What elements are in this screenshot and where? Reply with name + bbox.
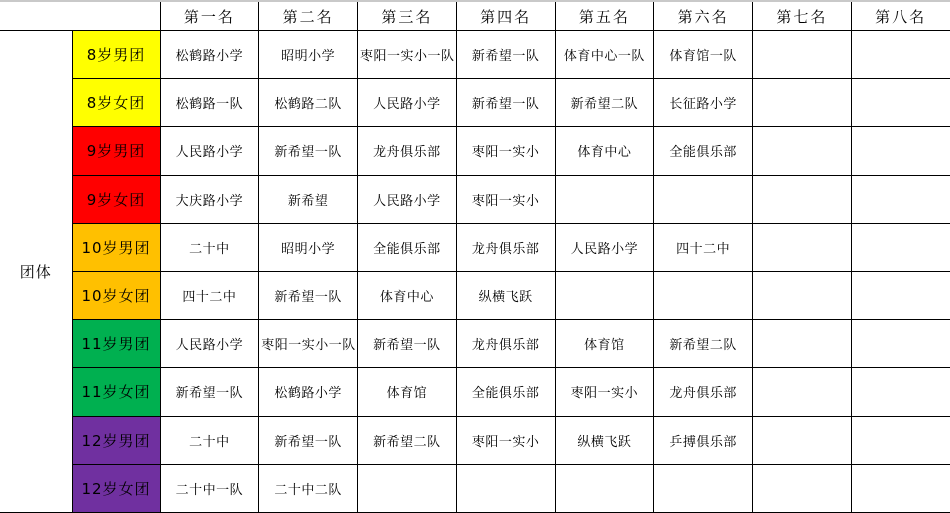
result-cell[interactable]: 昭明小学 xyxy=(259,31,358,79)
result-cell[interactable]: 新希望二队 xyxy=(358,416,457,464)
result-cell[interactable]: 体育馆 xyxy=(358,368,457,416)
result-cell[interactable] xyxy=(753,127,852,175)
result-cell[interactable] xyxy=(851,271,950,319)
result-cell[interactable]: 枣阳一实小 xyxy=(456,175,555,223)
category-cell[interactable]: 10岁女团 xyxy=(72,271,160,319)
results-body: 团体8岁男团松鹤路小学昭明小学枣阳一实小一队新希望一队体育中心一队体育馆一队8岁… xyxy=(0,31,950,513)
result-cell[interactable] xyxy=(753,223,852,271)
category-cell[interactable]: 9岁男团 xyxy=(72,127,160,175)
category-cell[interactable]: 12岁女团 xyxy=(72,464,160,512)
result-cell[interactable] xyxy=(851,368,950,416)
result-cell[interactable] xyxy=(851,31,950,79)
result-cell[interactable]: 体育中心一队 xyxy=(555,31,654,79)
result-cell[interactable] xyxy=(753,368,852,416)
result-cell[interactable]: 体育馆一队 xyxy=(654,31,753,79)
result-cell[interactable]: 全能俱乐部 xyxy=(456,368,555,416)
rank-header-6[interactable]: 第六名 xyxy=(654,2,753,31)
result-cell[interactable]: 人民路小学 xyxy=(358,79,457,127)
category-cell[interactable]: 9岁女团 xyxy=(72,175,160,223)
result-cell[interactable]: 四十二中 xyxy=(160,271,259,319)
rank-header-3[interactable]: 第三名 xyxy=(358,2,457,31)
result-cell[interactable]: 枣阳一实小 xyxy=(456,127,555,175)
result-cell[interactable] xyxy=(851,175,950,223)
rank-header-2[interactable]: 第二名 xyxy=(259,2,358,31)
result-cell[interactable]: 龙舟俱乐部 xyxy=(456,320,555,368)
result-cell[interactable]: 纵横飞跃 xyxy=(555,416,654,464)
result-cell[interactable] xyxy=(555,271,654,319)
result-cell[interactable]: 新希望一队 xyxy=(259,127,358,175)
category-cell[interactable]: 8岁男团 xyxy=(72,31,160,79)
table-row: 11岁男团人民路小学枣阳一实小一队新希望一队龙舟俱乐部体育馆新希望二队 xyxy=(0,320,950,368)
result-cell[interactable]: 二十中 xyxy=(160,223,259,271)
rank-header-4[interactable]: 第四名 xyxy=(456,2,555,31)
result-cell[interactable]: 松鹤路小学 xyxy=(160,31,259,79)
result-cell[interactable]: 枣阳一实小一队 xyxy=(259,320,358,368)
result-cell[interactable]: 人民路小学 xyxy=(358,175,457,223)
result-cell[interactable]: 新希望一队 xyxy=(456,79,555,127)
result-cell[interactable]: 龙舟俱乐部 xyxy=(456,223,555,271)
result-cell[interactable]: 松鹤路小学 xyxy=(259,368,358,416)
result-cell[interactable] xyxy=(654,464,753,512)
result-cell[interactable] xyxy=(753,31,852,79)
result-cell[interactable]: 松鹤路二队 xyxy=(259,79,358,127)
result-cell[interactable]: 人民路小学 xyxy=(160,320,259,368)
result-cell[interactable]: 新希望二队 xyxy=(555,79,654,127)
table-row: 团体8岁男团松鹤路小学昭明小学枣阳一实小一队新希望一队体育中心一队体育馆一队 xyxy=(0,31,950,79)
result-cell[interactable]: 新希望一队 xyxy=(358,320,457,368)
result-cell[interactable] xyxy=(851,127,950,175)
category-cell[interactable]: 11岁女团 xyxy=(72,368,160,416)
category-cell[interactable]: 12岁男团 xyxy=(72,416,160,464)
result-cell[interactable]: 昭明小学 xyxy=(259,223,358,271)
result-cell[interactable] xyxy=(753,464,852,512)
result-cell[interactable]: 枣阳一实小 xyxy=(456,416,555,464)
table-row: 9岁男团人民路小学新希望一队龙舟俱乐部枣阳一实小体育中心全能俱乐部 xyxy=(0,127,950,175)
result-cell[interactable] xyxy=(654,271,753,319)
result-cell[interactable] xyxy=(753,416,852,464)
result-cell[interactable]: 全能俱乐部 xyxy=(358,223,457,271)
header-row: 第一名第二名第三名第四名第五名第六名第七名第八名 xyxy=(0,2,950,31)
result-cell[interactable]: 大庆路小学 xyxy=(160,175,259,223)
result-cell[interactable]: 体育馆 xyxy=(555,320,654,368)
result-cell[interactable]: 四十二中 xyxy=(654,223,753,271)
table-row: 10岁男团二十中昭明小学全能俱乐部龙舟俱乐部人民路小学四十二中 xyxy=(0,223,950,271)
result-cell[interactable]: 新希望二队 xyxy=(654,320,753,368)
result-cell[interactable] xyxy=(753,320,852,368)
result-cell[interactable] xyxy=(753,175,852,223)
result-cell[interactable]: 新希望一队 xyxy=(259,416,358,464)
result-cell[interactable]: 新希望一队 xyxy=(160,368,259,416)
result-cell[interactable] xyxy=(753,79,852,127)
result-cell[interactable]: 全能俱乐部 xyxy=(654,127,753,175)
result-cell[interactable]: 二十中一队 xyxy=(160,464,259,512)
rank-header-8[interactable]: 第八名 xyxy=(851,2,950,31)
rank-header-5[interactable]: 第五名 xyxy=(555,2,654,31)
table-row: 10岁女团四十二中新希望一队体育中心纵横飞跃 xyxy=(0,271,950,319)
result-cell[interactable]: 体育中心 xyxy=(358,271,457,319)
result-cell[interactable] xyxy=(851,79,950,127)
result-cell[interactable]: 体育中心 xyxy=(555,127,654,175)
result-cell[interactable]: 二十中二队 xyxy=(259,464,358,512)
category-cell[interactable]: 8岁女团 xyxy=(72,79,160,127)
result-cell[interactable] xyxy=(555,464,654,512)
result-cell[interactable] xyxy=(851,464,950,512)
result-cell[interactable]: 乒搏俱乐部 xyxy=(654,416,753,464)
result-cell[interactable]: 人民路小学 xyxy=(160,127,259,175)
result-cell[interactable] xyxy=(654,175,753,223)
result-cell[interactable]: 枣阳一实小 xyxy=(555,368,654,416)
result-cell[interactable]: 松鹤路一队 xyxy=(160,79,259,127)
category-cell[interactable]: 11岁男团 xyxy=(72,320,160,368)
table-row: 9岁女团大庆路小学新希望人民路小学枣阳一实小 xyxy=(0,175,950,223)
group-label-cell[interactable]: 团体 xyxy=(0,31,72,513)
category-cell[interactable]: 10岁男团 xyxy=(72,223,160,271)
table-row: 12岁女团二十中一队二十中二队 xyxy=(0,464,950,512)
result-cell[interactable]: 龙舟俱乐部 xyxy=(654,368,753,416)
result-cell[interactable]: 新希望一队 xyxy=(456,31,555,79)
result-cell[interactable]: 二十中 xyxy=(160,416,259,464)
rank-header-7[interactable]: 第七名 xyxy=(753,2,852,31)
result-cell[interactable] xyxy=(851,320,950,368)
result-cell[interactable] xyxy=(753,271,852,319)
result-cell[interactable] xyxy=(456,464,555,512)
result-cell[interactable]: 人民路小学 xyxy=(555,223,654,271)
result-cell[interactable] xyxy=(358,464,457,512)
result-cell[interactable] xyxy=(555,175,654,223)
rank-header-1[interactable]: 第一名 xyxy=(160,2,259,31)
result-cell[interactable] xyxy=(851,223,950,271)
corner-cell[interactable] xyxy=(0,2,160,31)
result-cell[interactable]: 龙舟俱乐部 xyxy=(358,127,457,175)
team-results-table: 第一名第二名第三名第四名第五名第六名第七名第八名 团体8岁男团松鹤路小学昭明小学… xyxy=(0,2,950,513)
result-cell[interactable]: 新希望 xyxy=(259,175,358,223)
table-row: 11岁女团新希望一队松鹤路小学体育馆全能俱乐部枣阳一实小龙舟俱乐部 xyxy=(0,368,950,416)
table-row: 12岁男团二十中新希望一队新希望二队枣阳一实小纵横飞跃乒搏俱乐部 xyxy=(0,416,950,464)
table-row: 8岁女团松鹤路一队松鹤路二队人民路小学新希望一队新希望二队长征路小学 xyxy=(0,79,950,127)
result-cell[interactable]: 新希望一队 xyxy=(259,271,358,319)
result-cell[interactable]: 枣阳一实小一队 xyxy=(358,31,457,79)
result-cell[interactable]: 长征路小学 xyxy=(654,79,753,127)
result-cell[interactable] xyxy=(851,416,950,464)
spreadsheet-results-table: 第一名第二名第三名第四名第五名第六名第七名第八名 团体8岁男团松鹤路小学昭明小学… xyxy=(0,0,950,513)
result-cell[interactable]: 纵横飞跃 xyxy=(456,271,555,319)
